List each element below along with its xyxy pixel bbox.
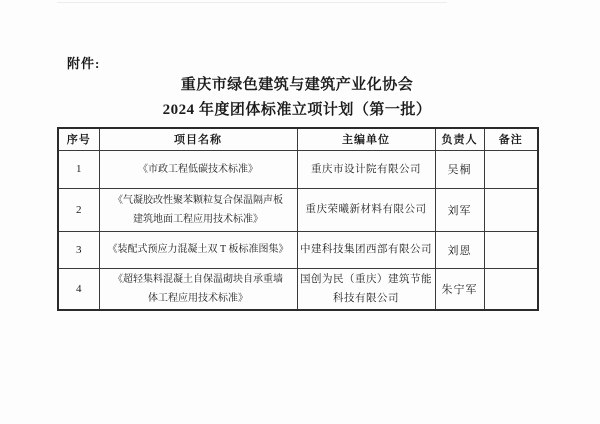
- cell-project-name: 《气凝胶改性聚苯颗粒复合保温隔声板 建筑地面工程应用技术标准》: [99, 188, 297, 231]
- table-row: 1 《市政工程低碳技术标准》 重庆市设计院有限公司 吴桐: [58, 150, 538, 188]
- cell-remarks: [484, 231, 538, 268]
- cell-remarks: [484, 150, 538, 188]
- cell-chief-editor-unit: 国创为民（重庆）建筑节能 科技有限公司: [297, 268, 435, 310]
- col-header-project-name: 项目名称: [99, 128, 297, 150]
- document-title-line1: 重庆市绿色建筑与建筑产业化协会: [57, 75, 537, 95]
- cell-serial-no: 2: [58, 188, 99, 231]
- col-header-remarks: 备注: [484, 128, 538, 150]
- col-header-person-in-charge: 负责人: [435, 128, 484, 150]
- table-header-row: 序号 项目名称 主编单位 负责人 备注: [58, 128, 538, 150]
- cell-person-in-charge: 朱宁军: [435, 268, 484, 310]
- table-row: 4 《超轻集料混凝土自保温砌块自承重墙 体工程应用技术标准》 国创为民（重庆）建…: [58, 268, 538, 310]
- cell-remarks: [484, 188, 538, 231]
- document-title-line2: 2024 年度团体标准立项计划（第一批）: [57, 100, 537, 120]
- scan-artifact-line: [57, 2, 447, 3]
- cell-serial-no: 3: [58, 231, 99, 268]
- cell-project-name: 《超轻集料混凝土自保温砌块自承重墙 体工程应用技术标准》: [99, 268, 297, 310]
- cell-chief-editor-unit: 中建科技集团西部有限公司: [297, 231, 435, 268]
- cell-remarks: [484, 268, 538, 310]
- table-row: 3 《装配式预应力混凝土双 T 板标准图集》 中建科技集团西部有限公司 刘恩: [58, 231, 538, 268]
- table-row: 2 《气凝胶改性聚苯颗粒复合保温隔声板 建筑地面工程应用技术标准》 重庆荣曦新材…: [58, 188, 538, 231]
- cell-project-name: 《装配式预应力混凝土双 T 板标准图集》: [99, 231, 297, 268]
- cell-person-in-charge: 刘恩: [435, 231, 484, 268]
- document-page: 附件: 重庆市绿色建筑与建筑产业化协会 2024 年度团体标准立项计划（第一批）…: [0, 0, 600, 424]
- cell-serial-no: 4: [58, 268, 99, 310]
- col-header-serial-no: 序号: [58, 128, 99, 150]
- attachment-label: 附件:: [67, 53, 100, 72]
- table-body: 1 《市政工程低碳技术标准》 重庆市设计院有限公司 吴桐 2 《气凝胶改性聚苯颗…: [58, 150, 538, 310]
- cell-serial-no: 1: [58, 150, 99, 188]
- col-header-chief-editor-unit: 主编单位: [297, 128, 435, 150]
- standards-table: 序号 项目名称 主编单位 负责人 备注 1 《市政工程低碳技术标准》 重庆市设计…: [57, 127, 539, 311]
- cell-person-in-charge: 吴桐: [435, 150, 484, 188]
- cell-chief-editor-unit: 重庆荣曦新材料有限公司: [297, 188, 435, 231]
- cell-project-name: 《市政工程低碳技术标准》: [99, 150, 297, 188]
- cell-chief-editor-unit: 重庆市设计院有限公司: [297, 150, 435, 188]
- cell-person-in-charge: 刘军: [435, 188, 484, 231]
